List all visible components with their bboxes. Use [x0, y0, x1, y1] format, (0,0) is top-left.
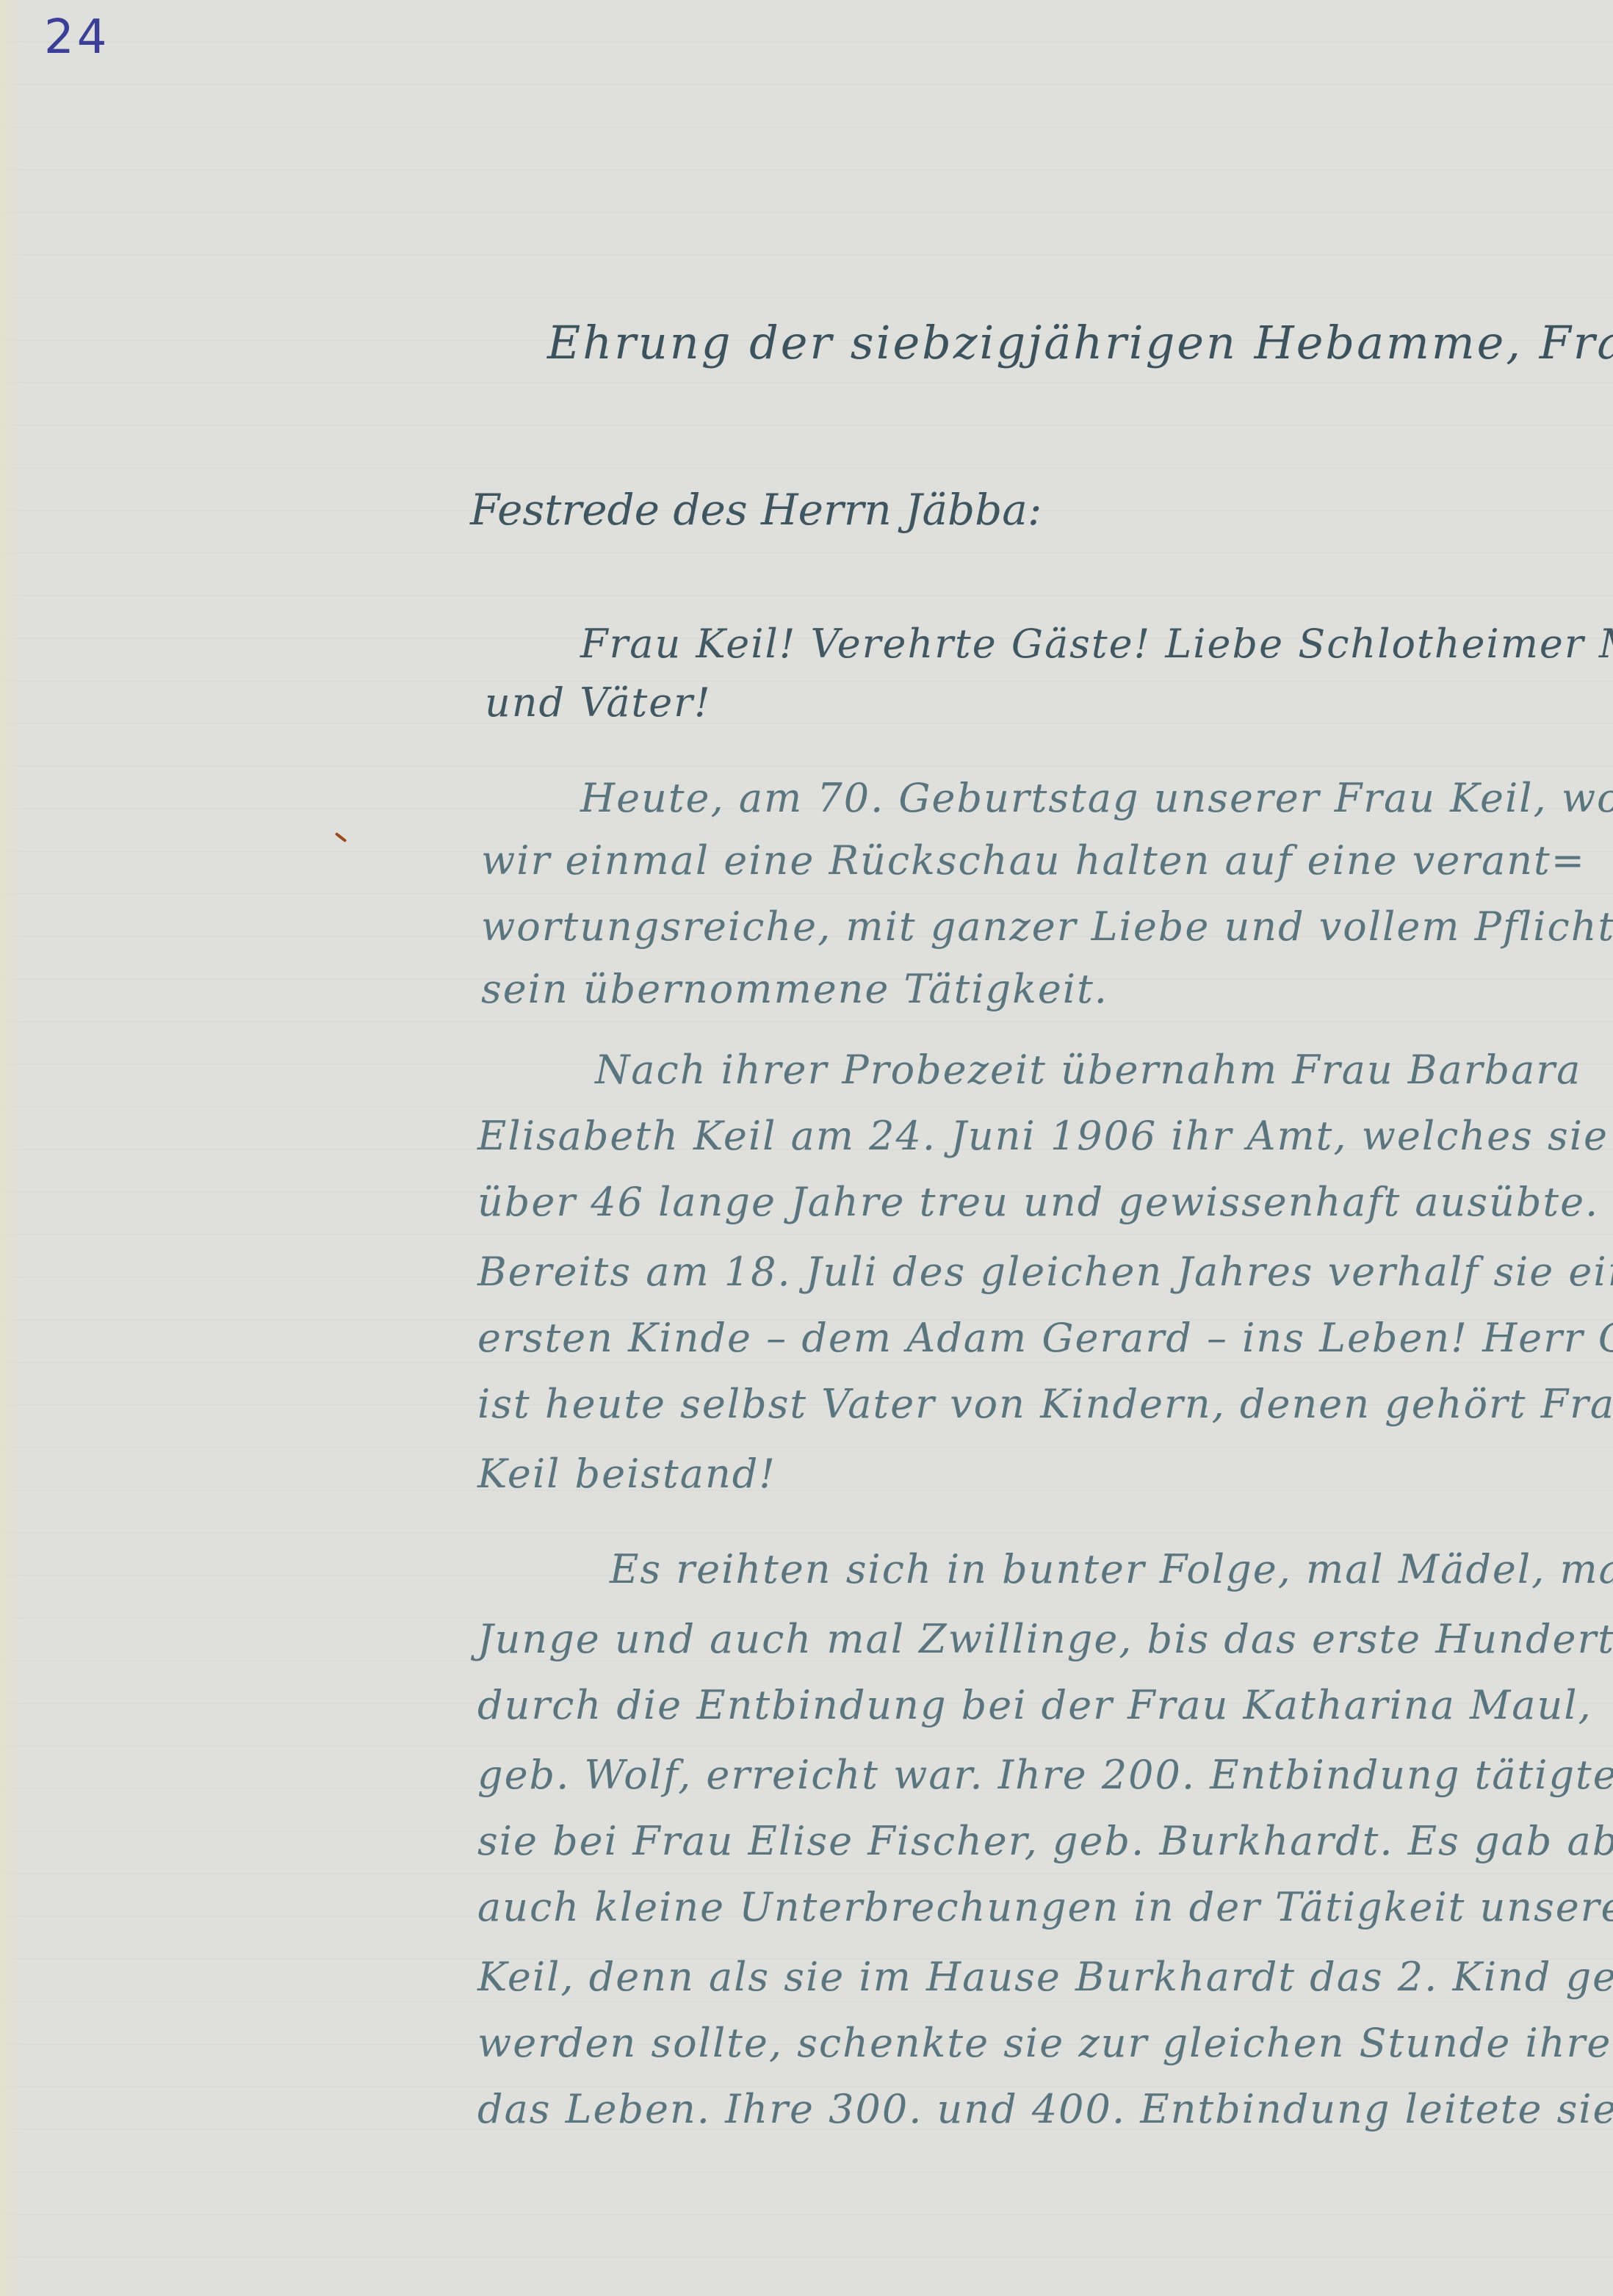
document-page: 24 Ehrung der siebzigjährigen Hebamme, F… — [0, 0, 1613, 2296]
text-line: ersten Kinde – dem Adam Gerard – ins Leb… — [477, 1315, 1613, 1361]
text-line: Heute, am 70. Geburtstag unserer Frau Ke… — [580, 775, 1613, 821]
text-line: Nach ihrer Probezeit übernahm Frau Barba… — [595, 1047, 1581, 1093]
text-line: durch die Entbindung bei der Frau Kathar… — [477, 1682, 1592, 1728]
text-line: Keil, denn als sie im Hause Burkhardt da… — [477, 1954, 1613, 2000]
text-line: sein übernommene Tätigkeit. — [481, 966, 1108, 1012]
text-line: wortungsreiche, mit ganzer Liebe und vol… — [481, 903, 1613, 950]
document-title: Ehrung der siebzigjährigen Hebamme, Frau… — [547, 316, 1613, 369]
speech-heading: Festrede des Herrn Jäbba: — [470, 485, 1042, 535]
text-line: Es reihten sich in bunter Folge, mal Mäd… — [610, 1546, 1613, 1592]
text-line: ist heute selbst Vater von Kindern, dene… — [477, 1381, 1613, 1427]
text-line: Junge und auch mal Zwillinge, bis das er… — [477, 1616, 1613, 1662]
text-line: auch kleine Unterbrechungen in der Tätig… — [477, 1884, 1613, 1930]
text-line: Elisabeth Keil am 24. Juni 1906 ihr Amt,… — [477, 1113, 1609, 1159]
text-line: Bereits am 18. Juli des gleichen Jahres … — [477, 1249, 1613, 1295]
text-line: werden sollte, schenkte sie zur gleichen… — [477, 2020, 1613, 2066]
text-line: sie bei Frau Elise Fischer, geb. Burkhar… — [477, 1818, 1613, 1864]
text-line: über 46 lange Jahre treu und gewissenhaf… — [477, 1179, 1599, 1225]
text-line: und Väter! — [485, 679, 712, 726]
text-line: Frau Keil! Verehrte Gäste! Liebe Schloth… — [580, 621, 1613, 667]
text-line: Keil beistand! — [477, 1451, 776, 1497]
page-number: 24 — [44, 10, 109, 65]
ink-stain-mark — [335, 832, 347, 842]
text-line: geb. Wolf, erreicht war. Ihre 200. Entbi… — [477, 1752, 1613, 1798]
text-line: das Leben. Ihre 300. und 400. Entbindung… — [477, 2086, 1613, 2132]
text-line: wir einmal eine Rückschau halten auf ein… — [481, 837, 1586, 884]
